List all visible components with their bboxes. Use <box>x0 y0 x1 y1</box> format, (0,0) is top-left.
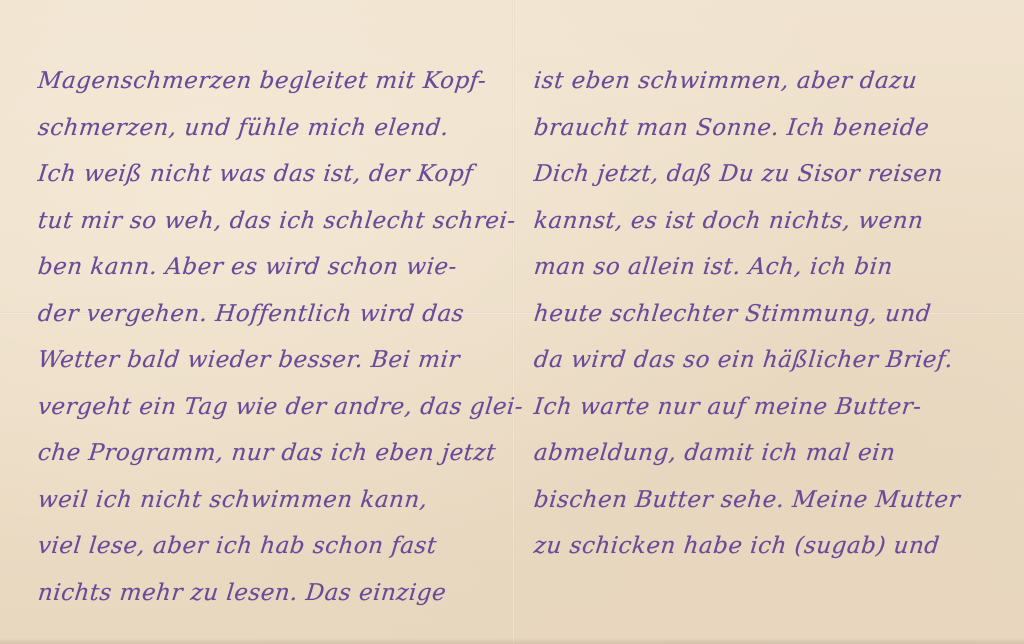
handwritten-line: bischen Butter sehe. Meine Mutter <box>532 477 1007 524</box>
handwritten-line: man so allein ist. Ach, ich bin <box>532 244 1007 291</box>
handwritten-line: der vergehen. Hoffentlich wird das <box>36 291 501 338</box>
handwritten-line: Ich weiß nicht was das ist, der Kopf <box>36 151 501 198</box>
handwritten-line: viel lese, aber ich hab schon fast <box>36 523 501 570</box>
handwritten-line: Dich jetzt, daß Du zu Sisor reisen <box>532 151 1007 198</box>
handwritten-line: Ich warte nur auf meine Butter- <box>532 384 1007 431</box>
handwritten-line: che Programm, nur das ich eben jetzt <box>36 430 501 477</box>
handwritten-line: abmeldung, damit ich mal ein <box>532 430 1007 477</box>
handwritten-line: braucht man Sonne. Ich beneide <box>532 105 1007 152</box>
handwritten-line: ben kann. Aber es wird schon wie- <box>36 244 501 291</box>
vertical-fold-crease <box>512 0 515 644</box>
handwritten-line: kannst, es ist doch nichts, wenn <box>532 198 1007 245</box>
handwritten-line: zu schicken habe ich (sugab) und <box>532 523 1007 570</box>
handwritten-line: vergeht ein Tag wie der andre, das glei- <box>36 384 501 431</box>
handwritten-line: Wetter bald wieder besser. Bei mir <box>36 337 501 384</box>
handwritten-line: nichts mehr zu lesen. Das einzige <box>36 570 501 617</box>
handwritten-line: tut mir so weh, das ich schlecht schrei- <box>36 198 501 245</box>
handwritten-line: schmerzen, und fühle mich elend. <box>36 105 501 152</box>
handwritten-line: Magenschmerzen begleitet mit Kopf- <box>36 58 501 105</box>
paper-bottom-edge <box>0 638 1024 644</box>
handwritten-line: heute schlechter Stimmung, und <box>532 291 1007 338</box>
handwritten-line: ist eben schwimmen, aber dazu <box>532 58 1007 105</box>
right-page-text: ist eben schwimmen, aber dazu braucht ma… <box>534 58 1004 570</box>
letter-sheet: Magenschmerzen begleitet mit Kopf- schme… <box>0 0 1024 644</box>
handwritten-line: da wird das so ein häßlicher Brief. <box>532 337 1007 384</box>
left-page-text: Magenschmerzen begleitet mit Kopf- schme… <box>38 58 498 616</box>
handwritten-line: weil ich nicht schwimmen kann, <box>36 477 501 524</box>
